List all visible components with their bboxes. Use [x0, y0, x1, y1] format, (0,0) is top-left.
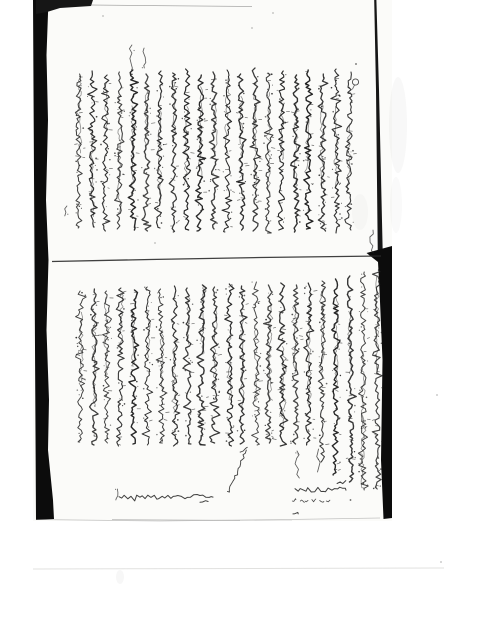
page-edge-line-top — [374, 0, 383, 256]
gutter-fold-line — [52, 256, 381, 262]
bottom-page-text — [75, 270, 382, 490]
scanner-seam-line — [33, 568, 444, 569]
top-page-text — [75, 68, 357, 233]
top-corner-mark — [36, 0, 93, 14]
ink-layer — [0, 0, 480, 640]
scanner-bar-left — [33, 0, 54, 520]
top-page-marks — [65, 45, 374, 253]
bottom-page-marks — [115, 447, 351, 514]
manuscript-scan — [0, 0, 480, 640]
top-edge-line — [90, 5, 252, 7]
